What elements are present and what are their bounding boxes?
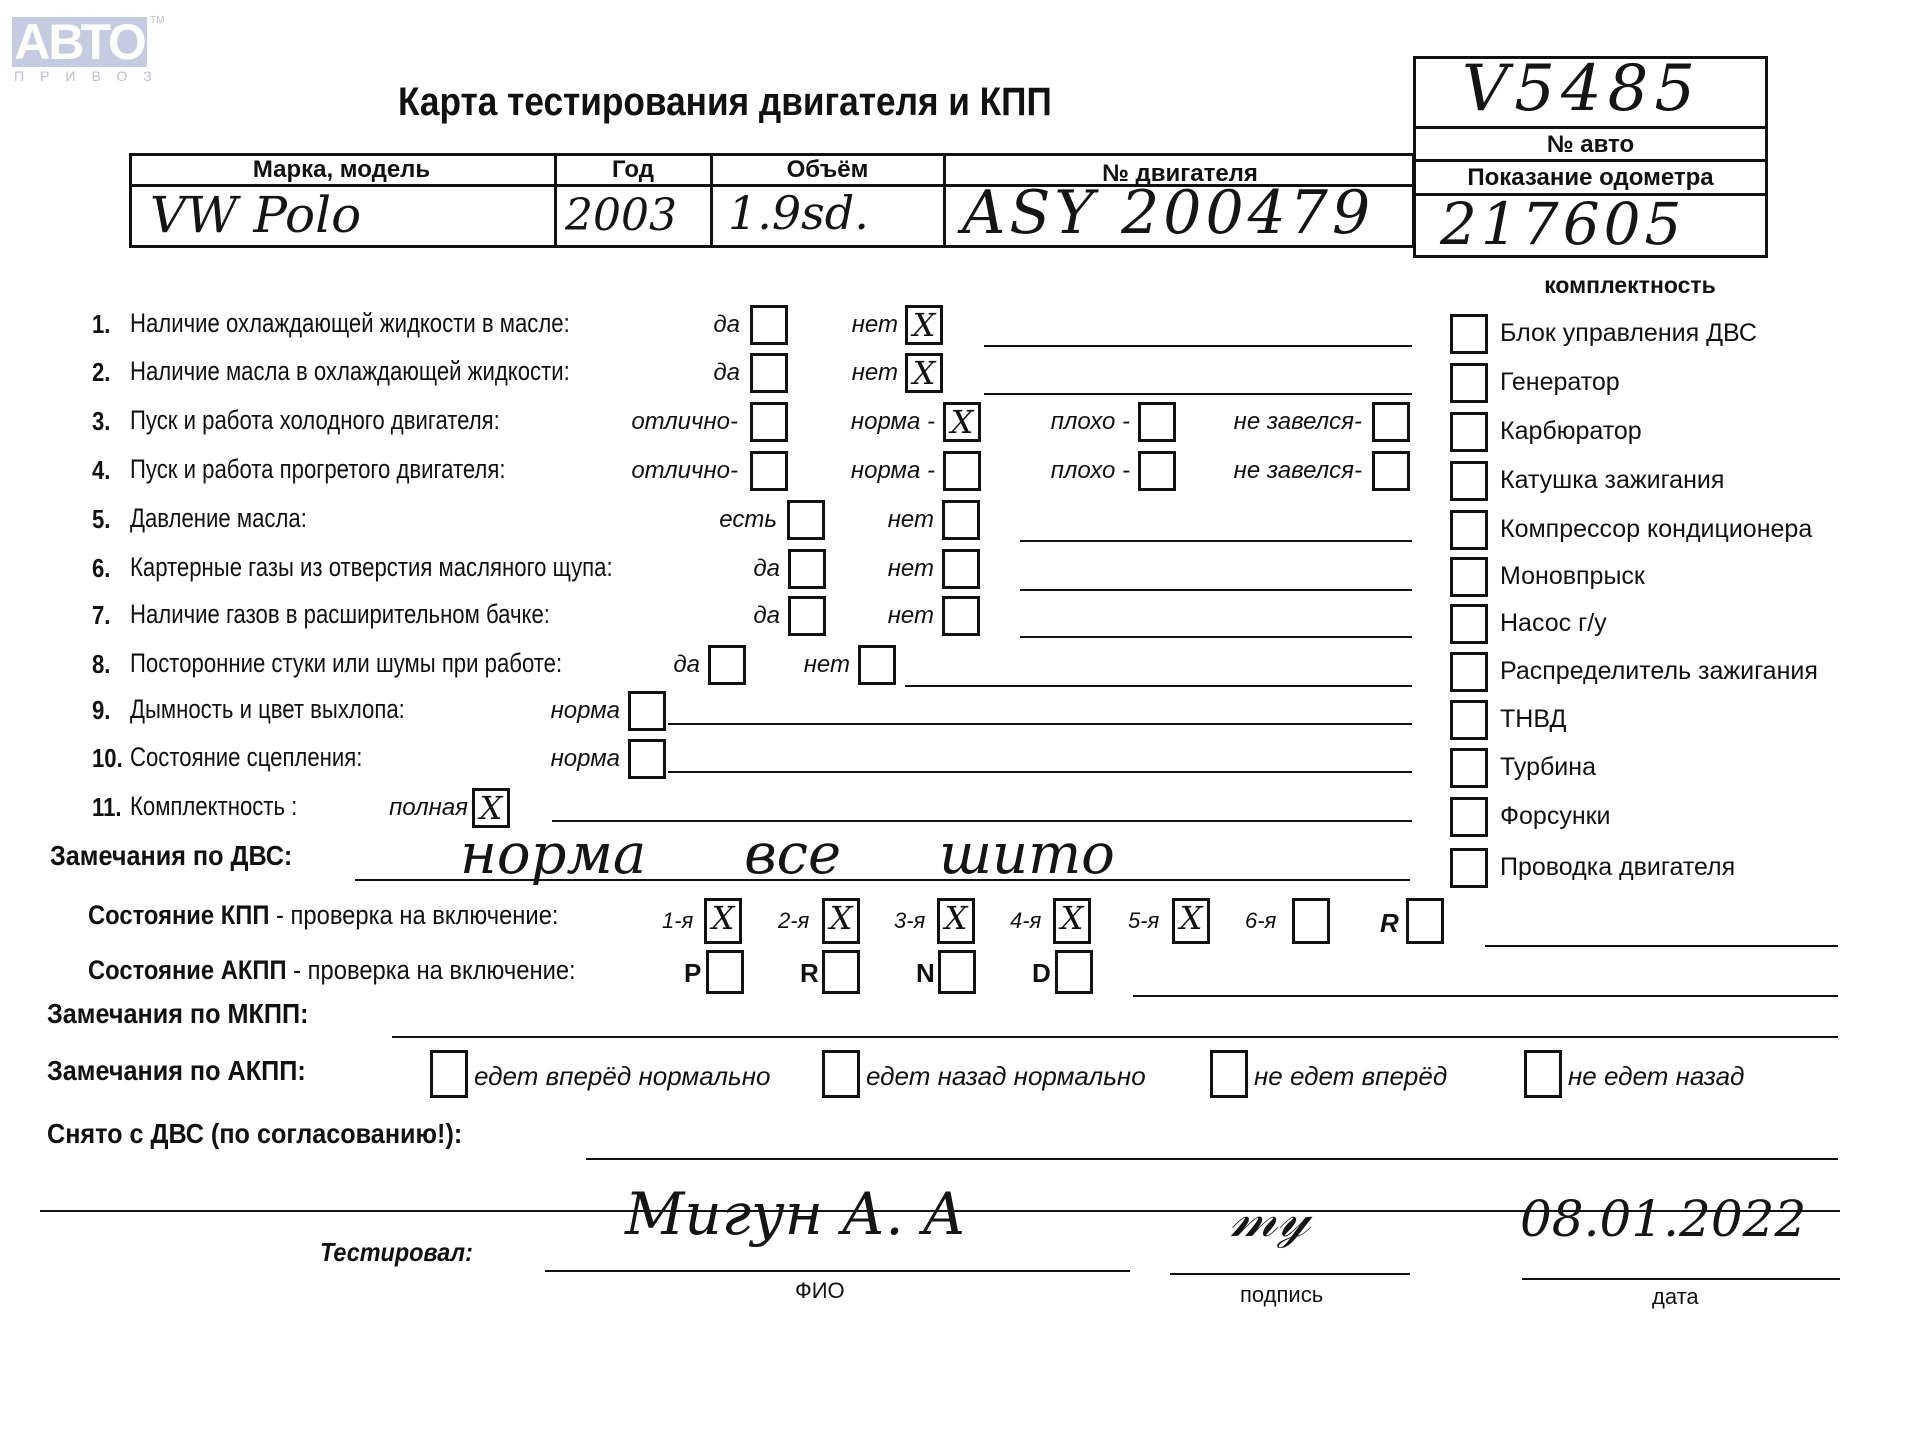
question-number: 4. xyxy=(92,455,110,486)
odometer-value[interactable]: 217605 xyxy=(1440,190,1685,258)
date-caption: дата xyxy=(1652,1284,1699,1310)
column-header-year: Год xyxy=(556,156,710,184)
completeness-checkbox[interactable] xyxy=(1450,363,1488,403)
option-checkbox[interactable] xyxy=(942,500,980,540)
completeness-checkbox[interactable] xyxy=(1450,797,1488,837)
option-label: да xyxy=(753,602,780,630)
completeness-item-label: Моновпрыск xyxy=(1500,562,1645,591)
option-checkbox[interactable] xyxy=(1372,451,1410,491)
gear-label: 1-я xyxy=(662,908,693,934)
akpp-remark-label: не едет вперёд xyxy=(1254,1061,1447,1092)
completeness-checkbox[interactable] xyxy=(1450,510,1488,550)
question-text: Пуск и работа прогретого двигателя: xyxy=(130,454,505,485)
tester-name[interactable]: Мигун А. А xyxy=(625,1180,966,1248)
option-checkbox[interactable] xyxy=(788,549,826,589)
option-checkbox[interactable] xyxy=(628,739,666,779)
question-text: Посторонние стуки или шумы при работе: xyxy=(130,648,562,679)
completeness-checkbox[interactable] xyxy=(1450,700,1488,740)
option-label: норма xyxy=(551,745,620,773)
completeness-checkbox[interactable] xyxy=(1450,557,1488,597)
completeness-item-label: Турбина xyxy=(1500,753,1596,782)
option-label: да xyxy=(753,555,780,583)
gear-checkbox[interactable] xyxy=(1292,898,1330,944)
option-checkbox[interactable] xyxy=(750,305,788,345)
option-label: норма - xyxy=(851,457,935,485)
completeness-checkbox[interactable] xyxy=(1450,604,1488,644)
completeness-checkbox[interactable] xyxy=(1450,412,1488,452)
akpp-remark-checkbox[interactable] xyxy=(1210,1050,1248,1098)
question-number: 10. xyxy=(92,743,123,774)
gear-label: 4-я xyxy=(1010,908,1041,934)
logo-trademark: TM xyxy=(150,15,164,26)
option-label: норма xyxy=(551,697,620,725)
gear-label: R xyxy=(1380,908,1399,939)
question-number: 1. xyxy=(92,309,110,340)
gear-checkbox[interactable] xyxy=(1406,898,1444,944)
option-label: отлично- xyxy=(631,457,738,485)
gear-checkbox[interactable]: X xyxy=(1172,898,1210,944)
option-checkbox[interactable]: X xyxy=(905,305,943,345)
question-text: Наличие газов в расширительном бачке: xyxy=(130,599,550,630)
akpp-remark-checkbox[interactable] xyxy=(1524,1050,1562,1098)
question-text: Пуск и работа холодного двигателя: xyxy=(130,405,500,436)
option-checkbox[interactable] xyxy=(1372,402,1410,442)
removed-field[interactable] xyxy=(586,1158,1838,1160)
gear-label: 2-я xyxy=(778,908,809,934)
option-checkbox[interactable] xyxy=(1138,402,1176,442)
logo-subtitle: ПРИВОЗ xyxy=(14,68,168,84)
engine-number-value[interactable]: ASY 200479 xyxy=(962,178,1374,248)
signature-caption: подпись xyxy=(1240,1282,1323,1308)
volume-value[interactable]: 1.9sd. xyxy=(728,186,869,240)
completeness-checkbox[interactable] xyxy=(1450,748,1488,788)
completeness-item-label: Блок управления ДВС xyxy=(1500,319,1757,348)
option-label: да xyxy=(673,651,700,679)
gear-checkbox[interactable]: X xyxy=(937,898,975,944)
akpp-remarks-label: Замечания по АКПП: xyxy=(47,1055,306,1087)
name-caption: ФИО xyxy=(795,1278,845,1304)
completeness-title: комплектность xyxy=(1510,272,1750,299)
engine-remarks-label: Замечания по ДВС: xyxy=(50,840,292,872)
tested-by-label: Тестировал: xyxy=(320,1237,473,1268)
make-model-value[interactable]: VW Polo xyxy=(150,186,361,244)
mode-label: D xyxy=(1032,958,1051,989)
mode-label: N xyxy=(916,958,935,989)
removed-label: Снято с ДВС (по согласованию!): xyxy=(47,1118,462,1150)
option-checkbox[interactable] xyxy=(750,353,788,393)
gear-label: 6-я xyxy=(1245,908,1276,934)
test-date[interactable]: 08.01.2022 xyxy=(1520,1190,1806,1248)
completeness-item-label: Форсунки xyxy=(1500,802,1611,831)
akpp-remark-checkbox[interactable] xyxy=(430,1050,468,1098)
akpp-remark-label: едет вперёд нормально xyxy=(474,1061,770,1092)
option-label: нет xyxy=(888,555,934,583)
option-label: плохо - xyxy=(1051,408,1130,436)
option-checkbox[interactable] xyxy=(943,451,981,491)
question-text: Давление масла: xyxy=(130,503,307,534)
mode-checkbox[interactable] xyxy=(822,950,860,994)
option-label: да xyxy=(713,359,740,387)
option-label: нет xyxy=(804,651,850,679)
completeness-item-label: ТНВД xyxy=(1500,705,1566,734)
option-checkbox[interactable] xyxy=(628,691,666,731)
option-checkbox[interactable] xyxy=(750,402,788,442)
question-number: 3. xyxy=(92,406,110,437)
akpp-remark-label: не едет назад xyxy=(1568,1061,1744,1092)
gear-checkbox[interactable]: X xyxy=(1053,898,1091,944)
mode-label: R xyxy=(800,958,819,989)
year-value[interactable]: 2003 xyxy=(565,190,677,241)
mode-checkbox[interactable] xyxy=(938,950,976,994)
question-text: Наличие масла в охлаждающей жидкости: xyxy=(130,356,570,387)
completeness-item-label: Распределитель зажигания xyxy=(1500,657,1818,686)
completeness-item-label: Проводка двигателя xyxy=(1500,853,1735,882)
completeness-item-label: Катушка зажигания xyxy=(1500,466,1724,495)
question-number: 11. xyxy=(92,792,122,823)
car-number-value[interactable]: V5485 xyxy=(1462,52,1701,126)
option-label: нет xyxy=(852,359,898,387)
option-label: плохо - xyxy=(1051,457,1130,485)
column-header-volume: Объём xyxy=(712,156,943,184)
mkpp-remarks-field[interactable] xyxy=(392,1036,1838,1038)
option-label: норма - xyxy=(851,408,935,436)
option-checkbox[interactable] xyxy=(942,596,980,636)
option-label: не завелся- xyxy=(1234,457,1362,485)
option-checkbox[interactable] xyxy=(787,500,825,540)
completeness-item-label: Компрессор кондиционера xyxy=(1500,515,1812,544)
akpp-remark-label: едет назад нормально xyxy=(866,1061,1146,1092)
page-title: Карта тестирования двигателя и КПП xyxy=(398,80,1052,125)
option-checkbox[interactable]: X xyxy=(943,402,981,442)
question-number: 6. xyxy=(92,553,110,584)
option-label: отлично- xyxy=(631,408,738,436)
column-header-make-model: Марка, модель xyxy=(129,156,554,184)
mode-checkbox[interactable] xyxy=(706,950,744,994)
manual-gearbox-label: Состояние КПП - проверка на включение: xyxy=(88,900,559,931)
question-text: Наличие охлаждающей жидкости в масле: xyxy=(130,308,570,339)
auto-gearbox-label: Состояние АКПП - проверка на включение: xyxy=(88,955,576,986)
option-checkbox[interactable] xyxy=(708,645,746,685)
completeness-checkbox[interactable] xyxy=(1450,314,1488,354)
gear-checkbox[interactable]: X xyxy=(822,898,860,944)
completeness-item-label: Карбюратор xyxy=(1500,417,1642,446)
signature[interactable]: 𝓂𝓎 xyxy=(1230,1185,1310,1251)
option-label: полная xyxy=(389,794,468,822)
odometer-label: Показание одометра xyxy=(1413,164,1768,192)
option-label: нет xyxy=(852,311,898,339)
option-label: не завелся- xyxy=(1234,408,1362,436)
question-text: Дымность и цвет выхлопа: xyxy=(130,694,405,725)
mode-label: P xyxy=(684,958,701,989)
gear-label: 3-я xyxy=(894,908,925,934)
question-number: 9. xyxy=(92,695,110,726)
completeness-checkbox[interactable] xyxy=(1450,848,1488,888)
question-text: Состояние сцепления: xyxy=(130,742,362,773)
question-number: 2. xyxy=(92,357,110,388)
question-text: Комплектность : xyxy=(130,791,297,822)
mkpp-remarks-label: Замечания по МКПП: xyxy=(47,998,309,1030)
question-text: Картерные газы из отверстия масляного щу… xyxy=(130,552,613,583)
option-checkbox[interactable] xyxy=(858,645,896,685)
option-label: есть xyxy=(719,506,777,534)
option-label: да xyxy=(713,311,740,339)
gear-checkbox[interactable]: X xyxy=(704,898,742,944)
question-number: 8. xyxy=(92,649,110,680)
option-label: нет xyxy=(888,506,934,534)
completeness-checkbox[interactable] xyxy=(1450,461,1488,501)
completeness-item-label: Генератор xyxy=(1500,368,1620,397)
completeness-item-label: Насос г/у xyxy=(1500,609,1607,638)
logo: АВТО xyxy=(12,17,147,67)
engine-remarks-value[interactable]: норма все шито xyxy=(460,822,1115,887)
option-checkbox[interactable] xyxy=(942,549,980,589)
option-checkbox[interactable] xyxy=(788,596,826,636)
gear-label: 5-я xyxy=(1128,908,1159,934)
option-checkbox[interactable]: X xyxy=(905,353,943,393)
car-number-label: № авто xyxy=(1413,131,1768,159)
question-number: 5. xyxy=(92,504,110,535)
mode-checkbox[interactable] xyxy=(1055,950,1093,994)
option-checkbox[interactable] xyxy=(750,451,788,491)
question-number: 7. xyxy=(92,600,110,631)
akpp-remark-checkbox[interactable] xyxy=(822,1050,860,1098)
completeness-checkbox[interactable] xyxy=(1450,652,1488,692)
option-checkbox[interactable] xyxy=(1138,451,1176,491)
option-label: нет xyxy=(888,602,934,630)
